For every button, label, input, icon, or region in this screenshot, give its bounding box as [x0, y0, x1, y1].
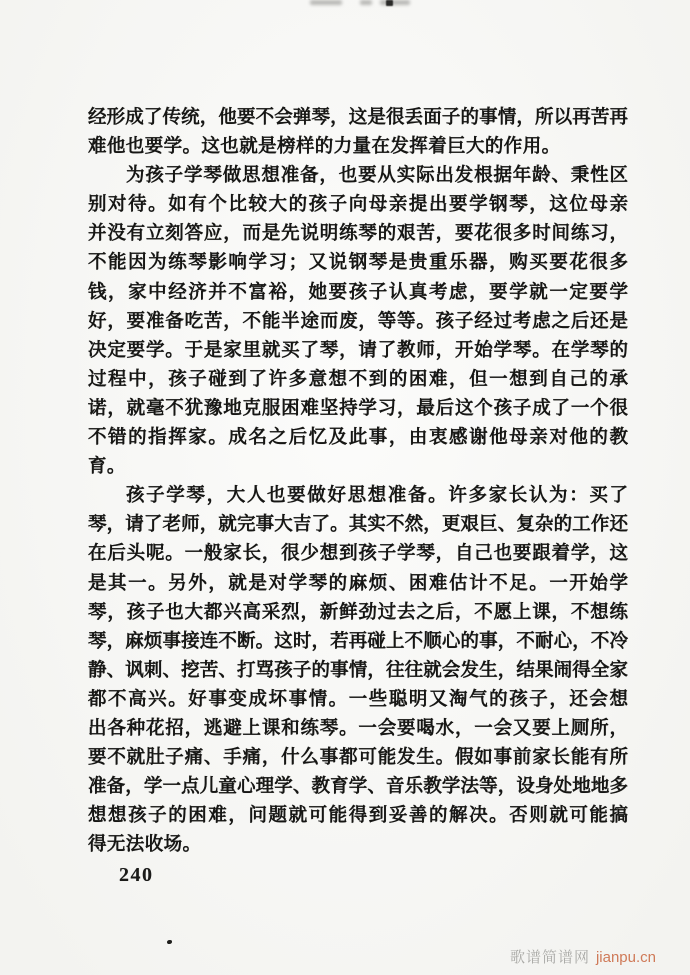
- text-line: 要不就肚子痛、手痛，什么事都可能发生。假如事前家长能有所: [88, 744, 628, 773]
- watermark: 歌谱简谱网jianpu.cn: [510, 946, 656, 967]
- text-line: 是其一。另外，就是对学琴的麻烦、困难估计不足。一开始学: [88, 570, 628, 599]
- text-line: 得无法收场。: [88, 831, 628, 860]
- body-text: 经形成了传统，他要不会弹琴，这是很丢面子的事情，所以再苦再难他也要学。这也就是榜…: [88, 104, 628, 860]
- text-line: 琴，麻烦事接连不断。这时，若再碰上不顺心的事，不耐心，不冷: [88, 628, 628, 657]
- text-line: 诺，就毫不犹豫地克服困难坚持学习，最后这个孩子成了一个很: [88, 395, 628, 424]
- text-line: 经形成了传统，他要不会弹琴，这是很丢面子的事情，所以再苦再: [88, 104, 628, 133]
- text-line: 决定要学。于是家里就买了琴，请了教师，开始学琴。在学琴的: [88, 337, 628, 366]
- text-line: 不能因为练琴影响学习；又说钢琴是贵重乐器，购买要花很多: [88, 249, 628, 278]
- text-line: 过程中，孩子碰到了许多意想不到的困难，但一想到自己的承: [88, 366, 628, 395]
- header-remnant-mark: [360, 0, 372, 5]
- text-line: 准备，学一点儿童心理学、教育学、音乐教学法等，设身处地地多: [88, 773, 628, 802]
- text-line: 并没有立刻答应，而是先说明练琴的艰苦，要花很多时间练习，: [88, 220, 628, 249]
- text-line: 都不高兴。好事变成坏事情。一些聪明又淘气的孩子，还会想: [88, 686, 628, 715]
- header-remnant-mark: [310, 0, 342, 5]
- page-number: 240: [119, 864, 154, 887]
- header-remnant-mark: [380, 0, 410, 5]
- text-line: 想想孩子的困难，问题就可能得到妥善的解决。否则就可能搞: [88, 802, 628, 831]
- text-line: 出各种花招，逃避上课和练琴。一会要喝水，一会又要上厕所，: [88, 715, 628, 744]
- text-line: 琴，请了老师，就完事大吉了。其实不然，更艰巨、复杂的工作还: [88, 511, 628, 540]
- text-line: 为孩子学琴做思想准备，也要从实际出发根据年龄、秉性区: [88, 162, 628, 191]
- text-line: 育。: [88, 453, 628, 482]
- text-line: 好，要准备吃苦，不能半途而废，等等。孩子经过考虑之后还是: [88, 308, 628, 337]
- watermark-site-name: 歌谱简谱网: [510, 949, 590, 966]
- text-line: 静、讽刺、挖苦、打骂孩子的事情，往往就会发生，结果闹得全家: [88, 657, 628, 686]
- text-line: 不错的指挥家。成名之后忆及此事，由衷感谢他母亲对他的教: [88, 424, 628, 453]
- text-line: 孩子学琴，大人也要做好思想准备。许多家长认为：买了: [88, 482, 628, 511]
- header-remnant-dot: [386, 0, 393, 6]
- text-line: 钱，家中经济并不富裕，她要孩子认真考虑，要学就一定要学: [88, 279, 628, 308]
- text-line: 别对待。如有个比较大的孩子向母亲提出要学钢琴，这位母亲: [88, 191, 628, 220]
- text-line: 琴，孩子也大都兴高采烈，新鲜劲过去之后，不愿上课，不想练: [88, 599, 628, 628]
- text-line: 在后头呢。一般家长，很少想到孩子学琴，自己也要跟着学，这: [88, 540, 628, 569]
- book-page-scan: 经形成了传统，他要不会弹琴，这是很丢面子的事情，所以再苦再难他也要学。这也就是榜…: [0, 0, 690, 975]
- text-line: 难他也要学。这也就是榜样的力量在发挥着巨大的作用。: [88, 133, 628, 162]
- watermark-site-url: jianpu.cn: [596, 949, 656, 966]
- scan-ink-speck: [167, 940, 172, 944]
- scan-artifact-header-remnant: [0, 0, 690, 8]
